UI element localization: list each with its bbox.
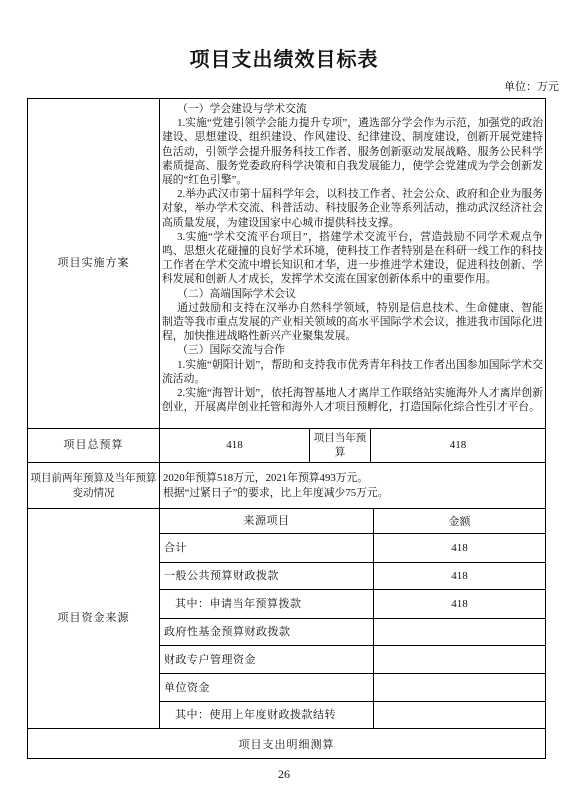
funding-item-amount — [374, 646, 545, 673]
funding-header-amount: 金额 — [374, 509, 545, 533]
page-title: 项目支出绩效目标表 — [0, 0, 568, 75]
funding-item-amount — [374, 674, 545, 701]
previous-budget-row: 项目前两年预算及当年预算变动情况 2020年预算518万元，2021年预算493… — [28, 463, 545, 509]
funding-item-name: 其中：使用上年度财政拨款结转 — [160, 702, 374, 728]
funding-item-amount: 418 — [374, 590, 545, 618]
funding-item-amount — [374, 702, 545, 728]
funding-item-row: 财政专户管理资金 — [160, 646, 545, 674]
funding-item-row: 政府性基金预算财政拨款 — [160, 619, 545, 647]
funding-table: 来源项目 金额 合计 418 一般公共预算财政拨款 418 其中：申请当年预算拨… — [160, 509, 545, 728]
funding-sources-label: 项目资金来源 — [28, 509, 160, 728]
performance-table: 项目实施方案 （一）学会建设与学术交流 1.实施“党建引领学会能力提升专项”，遴… — [27, 98, 546, 759]
funding-header-source: 来源项目 — [160, 509, 374, 533]
funding-item-row: 合计 418 — [160, 534, 545, 563]
funding-item-amount — [374, 619, 545, 646]
funding-item-row: 一般公共预算财政拨款 418 — [160, 563, 545, 590]
implementation-label: 项目实施方案 — [28, 99, 160, 428]
funding-item-row: 单位资金 — [160, 674, 545, 702]
implementation-content: （一）学会建设与学术交流 1.实施“党建引领学会能力提升专项”，遴选部分学会作为… — [160, 99, 545, 428]
funding-item-amount: 418 — [374, 563, 545, 589]
funding-item-name: 单位资金 — [160, 674, 374, 701]
implementation-row: 项目实施方案 （一）学会建设与学术交流 1.实施“党建引领学会能力提升专项”，遴… — [28, 99, 545, 429]
current-year-budget-label: 项目当年预算 — [310, 429, 371, 462]
previous-budget-line1: 2020年预算518万元，2021年预算493万元。 — [163, 471, 545, 486]
current-year-budget-value: 418 — [371, 429, 545, 462]
impl-paragraph: （一）学会建设与学术交流 — [162, 102, 543, 116]
funding-header-row: 来源项目 金额 — [160, 509, 545, 534]
previous-budget-label: 项目前两年预算及当年预算变动情况 — [28, 463, 160, 508]
impl-paragraph: 1.实施“党建引领学会能力提升专项”，遴选部分学会作为示范，加强党的政治建设、思… — [162, 116, 543, 187]
page-number: 26 — [0, 767, 568, 782]
total-budget-label: 项目总预算 — [28, 429, 160, 462]
expenditure-detail-row: 项目支出明细测算 — [28, 729, 545, 758]
funding-item-amount: 418 — [374, 534, 545, 562]
impl-paragraph: （三）国际交流与合作 — [162, 343, 543, 357]
impl-paragraph: 通过鼓励和支持在汉举办自然科学领域，特别是信息技术、生命健康、智能制造等我市重点… — [162, 301, 543, 344]
total-budget-row: 项目总预算 418 项目当年预算 418 — [28, 429, 545, 463]
funding-item-row: 其中：使用上年度财政拨款结转 — [160, 702, 545, 728]
impl-paragraph: 2.实施“海智计划”，依托海智基地人才离岸工作联络站实施海外人才离岸创新创业，开… — [162, 386, 543, 414]
funding-item-name: 合计 — [160, 534, 374, 562]
funding-sources-row: 项目资金来源 来源项目 金额 合计 418 一般公共预算财政拨款 418 其中：… — [28, 509, 545, 729]
document-page: 项目支出绩效目标表 单位：万元 项目实施方案 （一）学会建设与学术交流 1.实施… — [0, 0, 568, 794]
funding-item-name: 财政专户管理资金 — [160, 646, 374, 673]
previous-budget-text: 2020年预算518万元，2021年预算493万元。 根据“过紧日子”的要求，比… — [160, 463, 545, 508]
funding-item-name: 一般公共预算财政拨款 — [160, 563, 374, 589]
impl-paragraph: （二）高端国际学术会议 — [162, 287, 543, 301]
unit-label: 单位：万元 — [0, 81, 568, 94]
expenditure-detail-label: 项目支出明细测算 — [28, 729, 545, 758]
impl-paragraph: 3.实施“学术交流平台项目”，搭建学术交流平台，营造鼓励不同学术观点争鸣、思想火… — [162, 230, 543, 287]
funding-item-name: 其中：申请当年预算拨款 — [160, 590, 374, 618]
impl-paragraph: 1.实施“朝阳计划”，帮助和支持我市优秀青年科技工作者出国参加国际学术交流活动。 — [162, 358, 543, 386]
total-budget-value: 418 — [160, 429, 310, 462]
previous-budget-line2: 根据“过紧日子”的要求，比上年度减少75万元。 — [163, 486, 545, 501]
funding-item-name: 政府性基金预算财政拨款 — [160, 619, 374, 646]
impl-paragraph: 2.举办武汉市第十届科学年会，以科技工作者、社会公众、政府和企业为服务对象，举办… — [162, 187, 543, 230]
funding-item-row: 其中：申请当年预算拨款 418 — [160, 590, 545, 619]
